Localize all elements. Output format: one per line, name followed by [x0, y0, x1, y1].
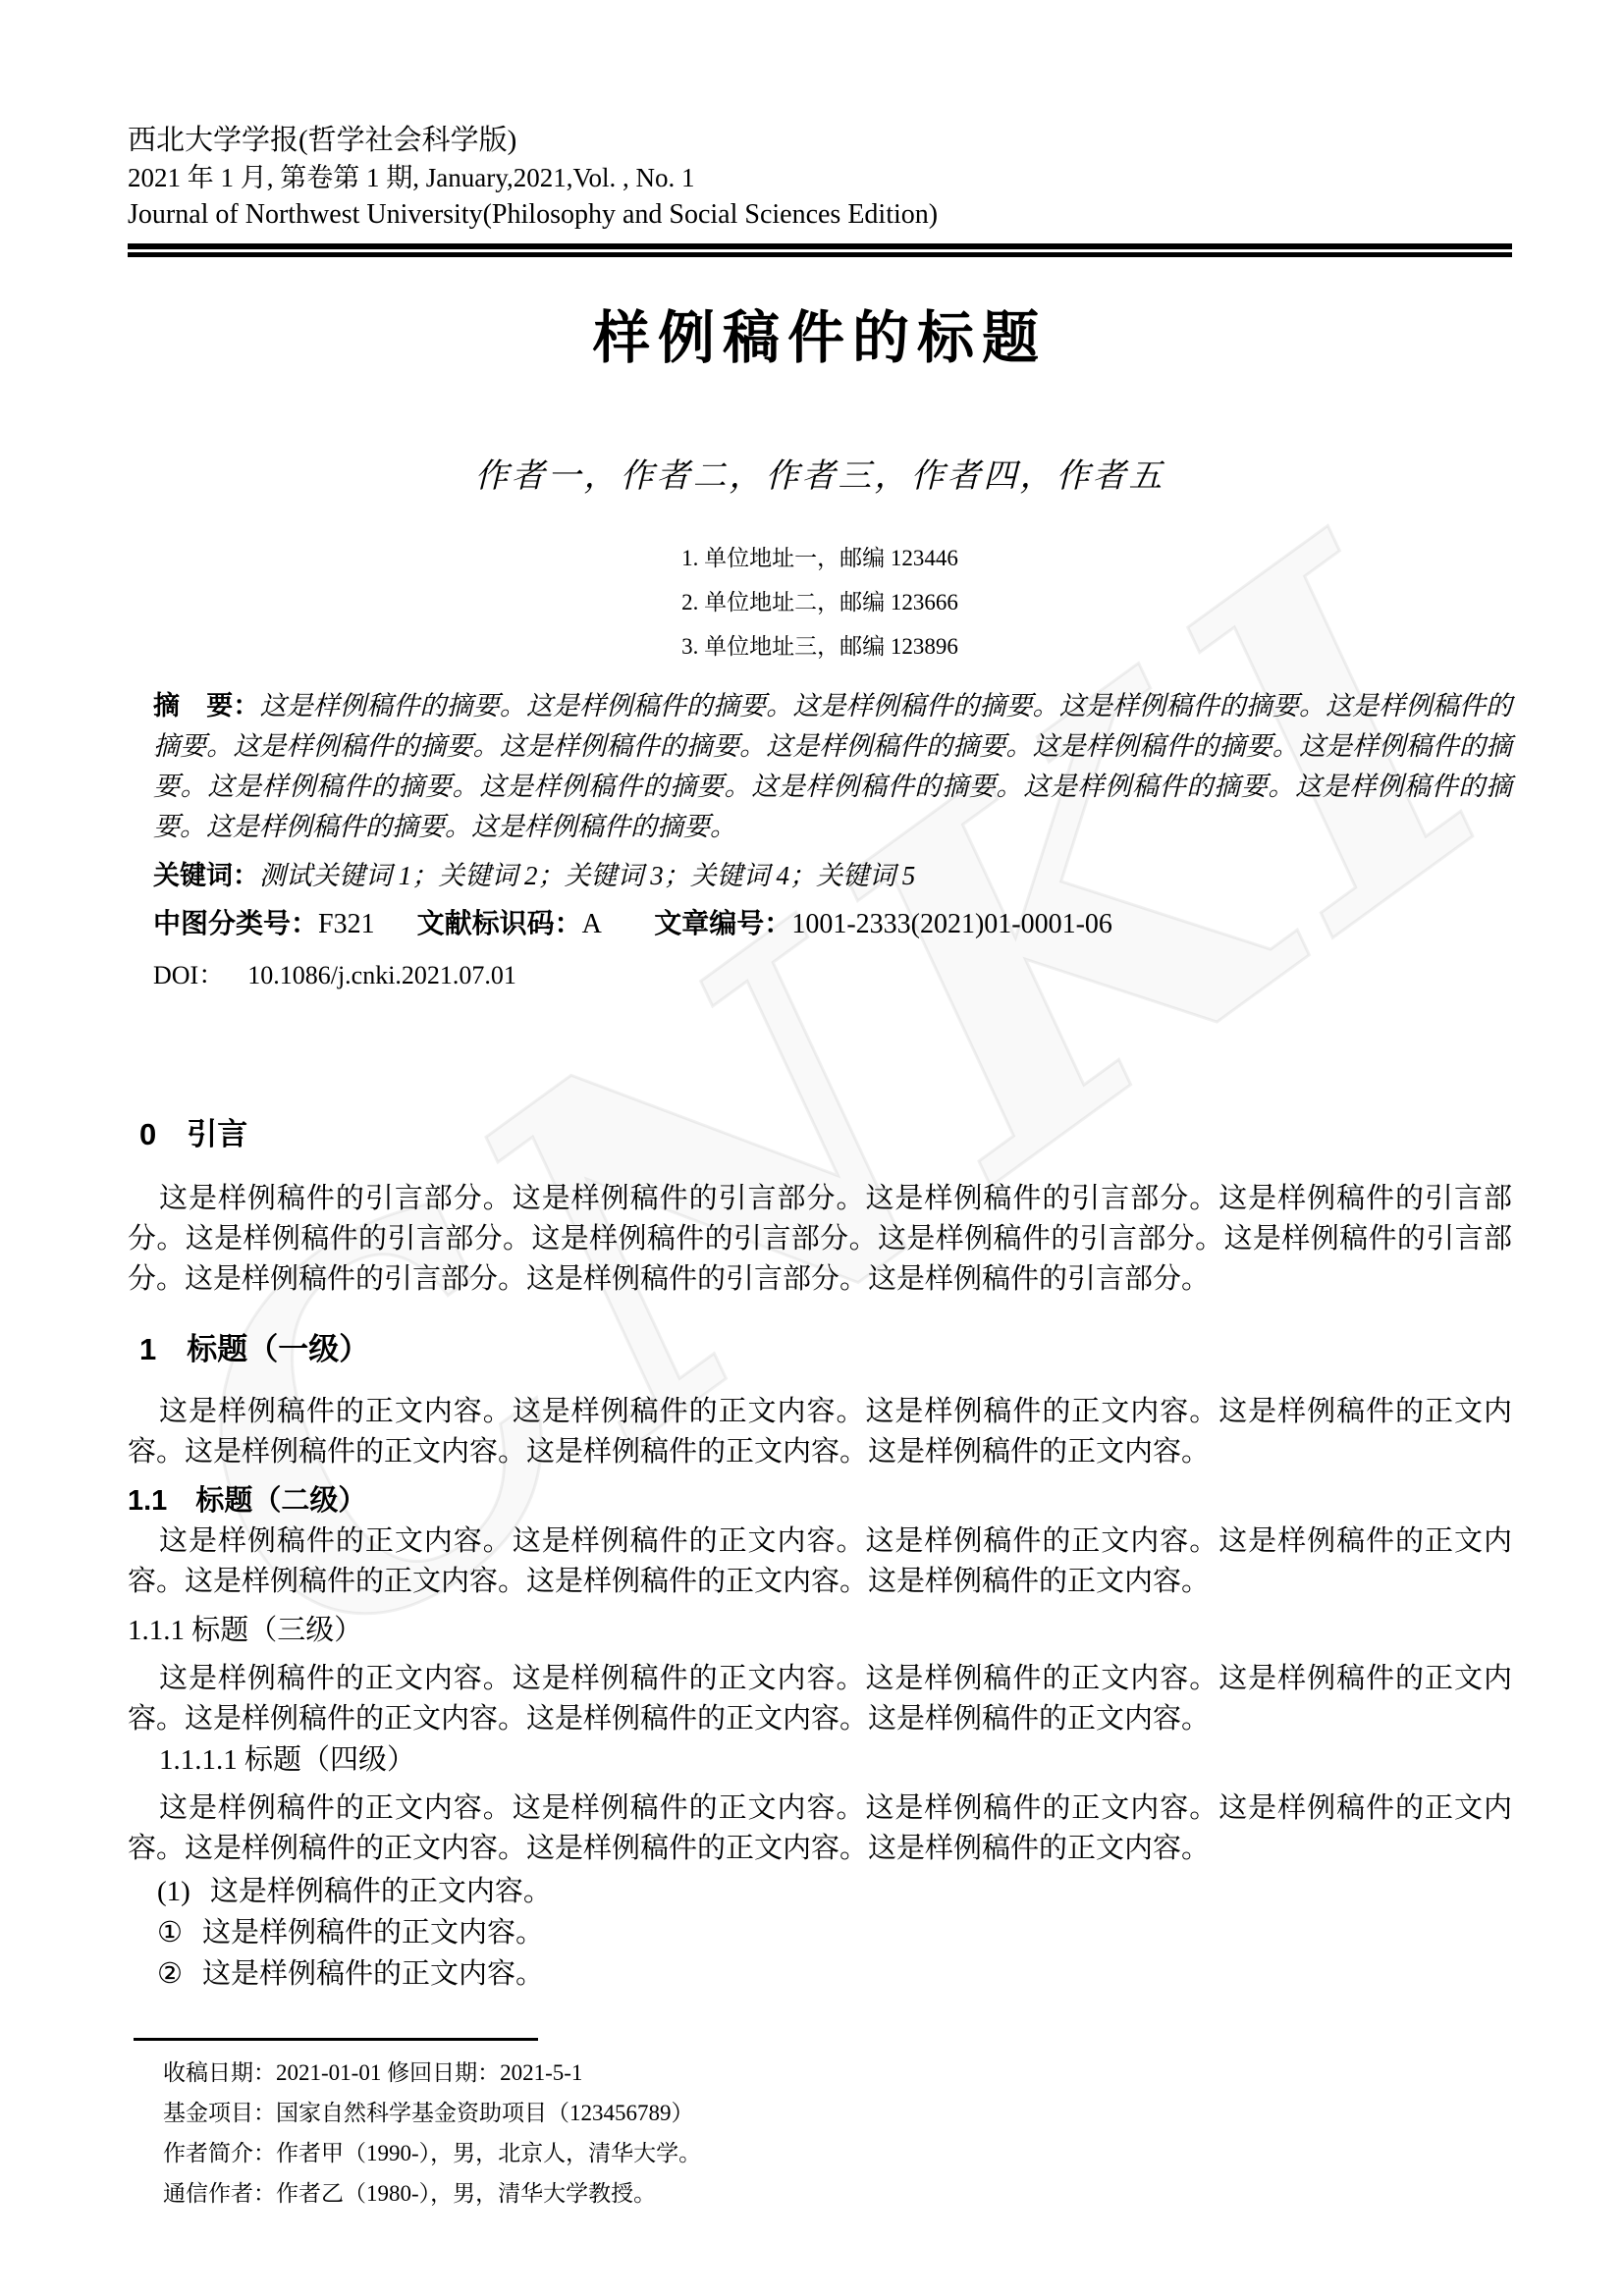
- section-heading-1-1-1: 1.1.1 标题（三级）: [128, 1610, 1512, 1651]
- clc-label: 中图分类号：: [153, 908, 318, 938]
- section-heading-1-1-1-1: 1.1.1.1 标题（四级）: [128, 1739, 1512, 1781]
- list-item-text: 这是样例稿件的正文内容。: [202, 1917, 544, 1949]
- numbered-list: (1)这是样例稿件的正文内容。 ①这是样例稿件的正文内容。 ②这是样例稿件的正文…: [128, 1871, 1512, 1995]
- affiliations: 1. 单位地址一，邮编 123446 2. 单位地址二，邮编 123666 3.…: [128, 536, 1512, 668]
- article-title: 样例稿件的标题: [128, 306, 1512, 371]
- list-marker-circle-2: ②: [157, 1953, 183, 1995]
- list-item-text: 这是样例稿件的正文内容。: [210, 1876, 552, 1907]
- doc-code-value: A: [582, 909, 601, 939]
- doi-value: 10.1086/j.cnki.2021.07.01: [247, 961, 516, 989]
- section-heading-1-1: 1.1 标题（二级）: [128, 1480, 1512, 1522]
- list-item-circle-2: ②这是样例稿件的正文内容。: [128, 1953, 1512, 1995]
- document-page: CNKI 西北大学学报(哲学社会科学版) 2021 年 1 月, 第卷第 1 期…: [0, 0, 1624, 2296]
- doi-label: DOI：: [153, 961, 224, 989]
- footnote-corresponding-author: 通信作者：作者乙（1980-），男，清华大学教授。: [163, 2173, 1512, 2214]
- abstract-text: 这是样例稿件的摘要。这是样例稿件的摘要。这是样例稿件的摘要。这是样例稿件的摘要。…: [153, 691, 1512, 841]
- section-body-1-1: 这是样例稿件的正文内容。这是样例稿件的正文内容。这是样例稿件的正文内容。这是样例…: [128, 1522, 1512, 1602]
- clc-value: F321: [318, 909, 375, 939]
- footnote-divider: [134, 2038, 538, 2041]
- section-body-1-1-1-1: 这是样例稿件的正文内容。这是样例稿件的正文内容。这是样例稿件的正文内容。这是样例…: [128, 1789, 1512, 1869]
- divider-bar-bottom: [128, 252, 1512, 257]
- article-id-value: 1001-2333(2021)01-0001-06: [791, 909, 1112, 939]
- abstract: 摘 要：这是样例稿件的摘要。这是样例稿件的摘要。这是样例稿件的摘要。这是样例稿件…: [153, 686, 1512, 847]
- doi-line: DOI：10.1086/j.cnki.2021.07.01: [153, 955, 1512, 996]
- classification-line: 中图分类号：F321 文献标识码：A 文章编号：1001-2333(2021)0…: [153, 901, 1512, 947]
- section-heading-0: 0 引言: [139, 1112, 1512, 1157]
- list-item-paren-1: (1)这是样例稿件的正文内容。: [128, 1871, 1512, 1912]
- journal-issue-line: 2021 年 1 月, 第卷第 1 期, January,2021,Vol. ,…: [128, 159, 1512, 196]
- header-divider: [128, 243, 1512, 257]
- journal-name-cn: 西北大学学报(哲学社会科学版): [128, 122, 1512, 159]
- list-item-circle-1: ①这是样例稿件的正文内容。: [128, 1912, 1512, 1953]
- list-marker-paren-1: (1): [157, 1871, 190, 1912]
- footnote-fund-project: 基金项目：国家自然科学基金资助项目（123456789）: [163, 2093, 1512, 2133]
- affiliation-line-3: 3. 单位地址三，邮编 123896: [128, 624, 1512, 668]
- keywords-label: 关键词：: [153, 861, 259, 890]
- keywords-text: 测试关键词 1；关键词 2；关键词 3；关键词 4；关键词 5: [259, 861, 915, 890]
- keywords-line: 关键词：测试关键词 1；关键词 2；关键词 3；关键词 4；关键词 5: [153, 855, 1512, 897]
- article-id-label: 文章编号：: [654, 908, 791, 938]
- footnotes: 收稿日期：2021-01-01 修回日期：2021-5-1 基金项目：国家自然科…: [163, 2053, 1512, 2214]
- list-item-text: 这是样例稿件的正文内容。: [202, 1958, 544, 1990]
- list-marker-circle-1: ①: [157, 1912, 183, 1953]
- footnote-author-bio: 作者简介：作者甲（1990-），男，北京人，清华大学。: [163, 2133, 1512, 2173]
- affiliation-line-1: 1. 单位地址一，邮编 123446: [128, 536, 1512, 580]
- footnote-received-date: 收稿日期：2021-01-01 修回日期：2021-5-1: [163, 2053, 1512, 2093]
- affiliation-line-2: 2. 单位地址二，邮编 123666: [128, 580, 1512, 624]
- section-heading-1: 1 标题（一级）: [139, 1327, 1512, 1372]
- section-body-1-1-1: 这是样例稿件的正文内容。这是样例稿件的正文内容。这是样例稿件的正文内容。这是样例…: [128, 1659, 1512, 1739]
- page-content: 西北大学学报(哲学社会科学版) 2021 年 1 月, 第卷第 1 期, Jan…: [128, 0, 1512, 2214]
- section-body-0: 这是样例稿件的引言部分。这是样例稿件的引言部分。这是样例稿件的引言部分。这是样例…: [128, 1179, 1512, 1300]
- doc-code-label: 文献标识码：: [417, 908, 582, 938]
- authors-line: 作者一，作者二，作者三，作者四，作者五: [128, 454, 1512, 501]
- journal-header: 西北大学学报(哲学社会科学版) 2021 年 1 月, 第卷第 1 期, Jan…: [128, 122, 1512, 234]
- section-body-1: 这是样例稿件的正文内容。这是样例稿件的正文内容。这是样例稿件的正文内容。这是样例…: [128, 1392, 1512, 1472]
- journal-name-en: Journal of Northwest University(Philosop…: [128, 196, 1512, 234]
- abstract-label: 摘 要：: [153, 691, 260, 721]
